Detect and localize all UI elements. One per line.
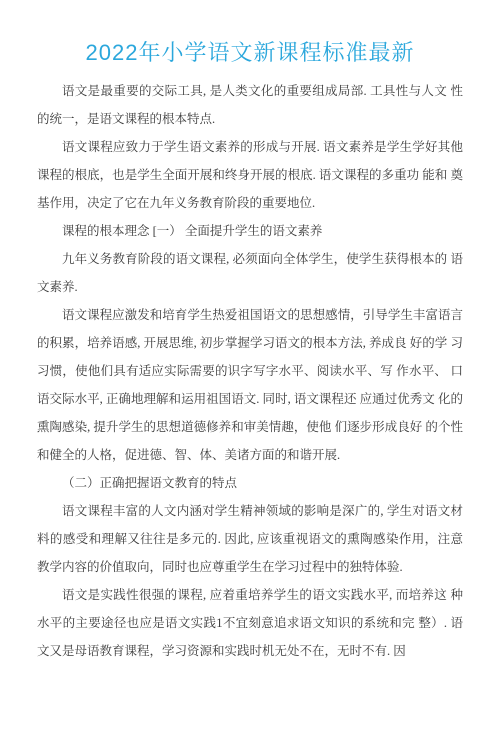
paragraph-section-two-heading: （二）正确把握语文教育的特点 bbox=[37, 469, 463, 497]
paragraph-nine-year: 九年义务教育阶段的语文课程, 必须面向全体学生，使学生获得根本的 语 文素养. bbox=[37, 245, 463, 301]
page-title-text: 年小学语文新课程标准最新 bbox=[138, 40, 414, 65]
paragraph-intro: 语文是最重要的交际工具, 是人类文化的重要组成局部. 工具性与人文 性 的统一，… bbox=[37, 77, 463, 133]
page-title: 2022年小学语文新课程标准最新 bbox=[37, 36, 463, 67]
paragraph-course-goal: 语文课程应致力于学生语文素养的形成与开展. 语文素养是学生学好其他 课程的根底，… bbox=[37, 133, 463, 217]
document-body: 语文是最重要的交际工具, 是人类文化的重要组成局部. 工具性与人文 性 的统一，… bbox=[37, 77, 463, 665]
paragraph-practice: 语文是实践性很强的课程, 应着重培养学生的语文实践水平, 而培养这 种 水平的主… bbox=[37, 581, 463, 665]
paragraph-concept-heading: 课程的根本理念 [一） 全面提升学生的语文素养 bbox=[37, 217, 463, 245]
paragraph-cultivate: 语文课程应激发和培育学生热爱祖国语文的思想感情，引导学生丰富语言 的积累，培养语… bbox=[37, 301, 463, 469]
document-page: 2022年小学语文新课程标准最新 语文是最重要的交际工具, 是人类文化的重要组成… bbox=[0, 0, 500, 729]
document-content: 2022年小学语文新课程标准最新 语文是最重要的交际工具, 是人类文化的重要组成… bbox=[0, 36, 500, 665]
page-title-year: 2022 bbox=[86, 40, 139, 65]
paragraph-humanistic: 语文课程丰富的人文内涵对学生精神领域的影响是深广的, 学生对语文材 料的感受和理… bbox=[37, 497, 463, 581]
